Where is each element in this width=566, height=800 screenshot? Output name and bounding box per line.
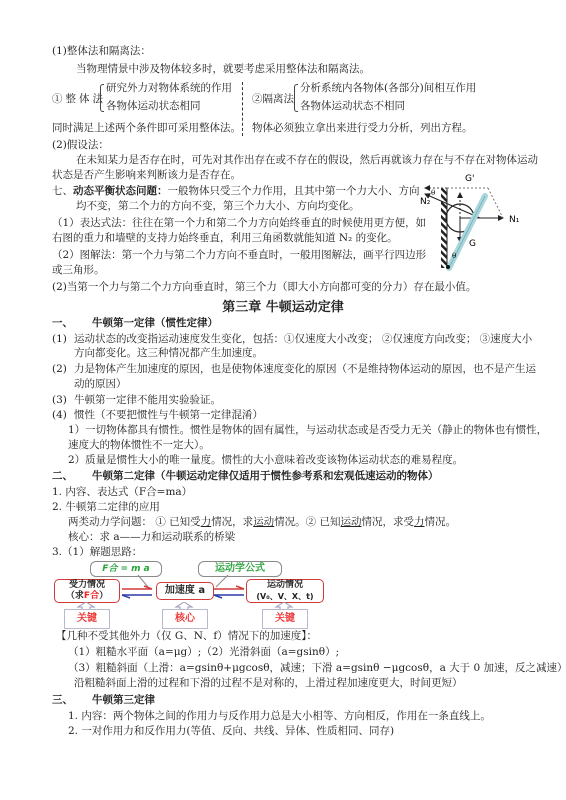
wall-icon xyxy=(441,188,447,268)
heading-assumption: (2)假设法： xyxy=(52,138,109,152)
svg-text:N₂: N₂ xyxy=(420,197,431,207)
acceleration-case-note: 沿粗糙斜面上滑的过程和下滑的过程不是对称的，上滑过程加速度更大，时间更短） xyxy=(74,676,463,690)
force-diagram: G' N₁ N₂ G θ θ xyxy=(405,168,530,278)
section-number: 七、 xyxy=(52,185,73,197)
two-problem-types: 两类动力学问题： ① 已知受力情况，求运动情况。② 已知运动情况，求受力情况。 xyxy=(68,515,456,529)
svg-text:N₁: N₁ xyxy=(509,215,520,225)
whole-method-note: 同时满足上述两个条件即可采用整体法。 xyxy=(52,121,241,135)
law3-number: 三、 xyxy=(52,693,73,707)
law1-item-1-line-1: 运动状态的改变指运动速度发生变化，包括：①仅速度大小改变； ②仅速度方向改变； … xyxy=(74,332,532,346)
isolation-method-note: 物体必须独立拿出来进行受力分析，列出方程。 xyxy=(252,121,473,135)
divider-dashed xyxy=(242,82,243,136)
svg-text:G': G' xyxy=(465,174,474,184)
whole-item-1: 研究外力对物体系统的作用 xyxy=(106,81,232,95)
law1-item-3-num: (3) xyxy=(52,393,67,407)
whole-item-2: 各物体运动状态相同 xyxy=(106,99,201,113)
svg-text:θ: θ xyxy=(431,189,435,197)
law1-title: 牛顿第一定律（惯性定律） xyxy=(92,316,218,330)
law2-number: 二、 xyxy=(52,469,73,483)
isolation-item-2: 各物体运动状态不相同 xyxy=(300,99,405,113)
isolation-method-label: ②隔离法 xyxy=(252,92,294,106)
law3-item-1: 1. 内容：两个物体之间的作用力与反作用力总是大小相等、方向相反，作用在一条直线… xyxy=(68,709,491,723)
key-label-left: 关键 xyxy=(64,609,110,629)
method3: (2)当第一个力与第二个力方向垂直时，第三个力（即大小方向都可变的分力）存在最小… xyxy=(52,280,476,294)
method2-line-2: 或三角形。 xyxy=(52,263,105,277)
box-motion-situation: 运动情况 (V₀、V、X、t) xyxy=(246,579,324,603)
law2-item-3: 3.（1）解题思路： xyxy=(52,545,142,559)
assumption-line-2: 状态是否产生影响来判断该力是否存在。 xyxy=(52,168,241,182)
law1-item-3-line-1: 牛顿第一定律不能用实验验证。 xyxy=(74,393,221,407)
box-force-situation: 受力情况 （求F合） xyxy=(54,579,120,603)
svg-text:G: G xyxy=(469,239,476,249)
acceleration-case-1-2: （1）粗糙水平面（a=μg）;（2）光滑斜面（a=gsinθ）; xyxy=(68,645,339,659)
inertia-1-line-2: 速度大的物体惯性不一定大）。 xyxy=(68,438,210,452)
law1-item-4-num: (4) xyxy=(52,408,67,422)
law2-item-2: 2. 牛顿第二定律的应用 xyxy=(52,500,160,514)
law2-title: 牛顿第二定律（牛顿运动定律仅适用于惯性参考系和宏观低速运动的物体） xyxy=(92,469,439,483)
law2-item-1: 1. 内容、表达式（F合=ma） xyxy=(52,485,192,499)
inertia-1-line-1: 1）一切物体都具有惯性。惯性是物体的固有属性，与运动状态或是否受力无关（静止的物… xyxy=(68,423,547,437)
method1-line-1: （1）表达式法：往往在第一个力和第二个力方向始终垂直的时候使用更方便，如 xyxy=(52,216,426,230)
dynamic-line-2: 均不变，第二个力的方向不变，第三个力大小、方向均变化。 xyxy=(76,199,360,213)
dynamic-line-1: 一般物体只受三个力作用，且其中第一个力大小、方向 xyxy=(168,185,420,197)
law1-item-1-line-2: 方向都变化。这三种情况都产生加速度。 xyxy=(74,346,263,360)
law1-item-2-num: (2) xyxy=(52,362,67,376)
method2-line-1: （2）图解法：第一个力与第二个力方向不垂直时，一般用图解法，画平行四边形 xyxy=(52,248,426,262)
core-label-middle: 核心 xyxy=(162,609,208,629)
intro-text: 当物理情景中涉及物体较多时，就要考虑采用整体法和隔离法。 xyxy=(76,62,370,76)
heading-whole-isolation: (1)整体法和隔离法： xyxy=(52,44,151,58)
brace-left xyxy=(100,84,104,112)
core-text: 核心：求 a——力和运动联系的桥梁 xyxy=(68,530,235,544)
acceleration-cases-title: 【几种不受其他外力（仅 G、N、f）情况下的加速度】： xyxy=(56,629,317,643)
svg-text:θ: θ xyxy=(452,252,456,260)
law1-item-4-line-1: 惯性（不要把惯性与牛顿第一定律混淆） xyxy=(74,408,263,422)
chapter-title: 第三章 牛顿运动定律 xyxy=(0,296,566,315)
brace-right xyxy=(294,84,298,112)
law1-item-1-num: (1) xyxy=(52,332,67,346)
law3-title: 牛顿第三定律 xyxy=(92,693,155,707)
key-label-right: 关键 xyxy=(262,609,308,629)
assumption-line-1: 在未知某力是否存在时，可先对其作出存在或不存在的假设，然后再就该力存在与不存在对… xyxy=(76,153,538,167)
law1-item-2-line-1: 力是物体产生加速度的原因，也是使物体速度变化的原因（不是维持物体运动的原因，也不… xyxy=(74,362,536,376)
law1-number: 一、 xyxy=(52,316,73,330)
acceleration-case-3: （3）粗糙斜面（上滑：a=gsinθ+μgcosθ，减速；下滑 a=gsinθ … xyxy=(68,661,566,675)
isolation-item-1: 分析系统内各物体(各部分)间相互作用 xyxy=(300,81,476,95)
whole-method-label: ①整体法 xyxy=(52,92,106,106)
method1-line-2: 右图的重力和墙壁的支持力始终垂直，利用三角函数就能知道 N₂ 的变化。 xyxy=(52,231,398,245)
law3-item-2: 2. 一对作用力和反作用力(等值、反向、共线、异体、性质相同、同存) xyxy=(68,724,394,738)
inertia-2: 2）质量是惯性大小的唯一量度。惯性的大小意味着改变该物体运动状态的难易程度。 xyxy=(68,453,463,467)
law1-item-2-line-2: 动的原因） xyxy=(74,377,127,391)
flow-arrows xyxy=(118,565,248,605)
section-title: 动态平衡状态问题： xyxy=(73,185,168,197)
